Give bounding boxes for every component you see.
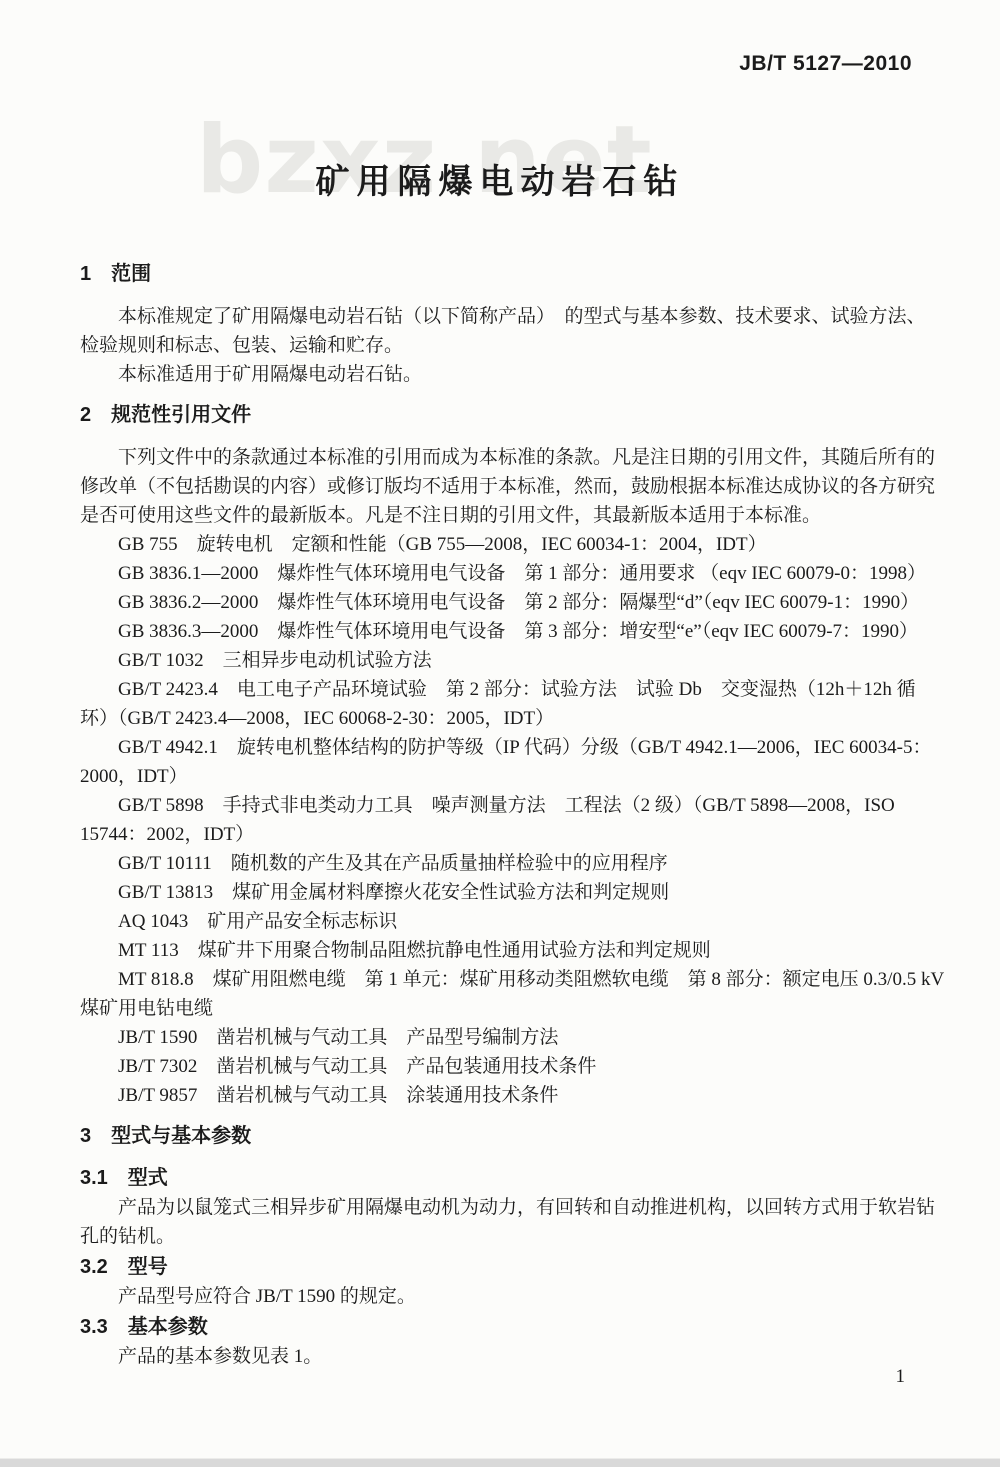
document-body: 1 范围本标准规定了矿用隔爆电动岩石钻（以下简称产品） 的型式与基本参数、技术要… [80, 248, 920, 1371]
reference-line: GB 755 旋转电机 定额和性能（GB 755—2008，IEC 60034-… [80, 530, 920, 559]
document-title: 矿用隔爆电动岩石钻 [0, 154, 1000, 203]
paragraph-line: 孔的钻机。 [80, 1222, 920, 1251]
reference-line: JB/T 7302 凿岩机械与气动工具 产品包装通用技术条件 [80, 1052, 920, 1081]
reference-line: GB 3836.1—2000 爆炸性气体环境用电气设备 第 1 部分：通用要求 … [80, 559, 920, 588]
reference-line: GB/T 10111 随机数的产生及其在产品质量抽样检验中的应用程序 [80, 849, 920, 878]
paragraph-line: 本标准适用于矿用隔爆电动岩石钻。 [80, 360, 920, 389]
subsection-heading: 3.3 基本参数 [80, 1313, 920, 1342]
subsection-heading: 3.1 型式 [80, 1164, 920, 1193]
section-heading: 3 型式与基本参数 [80, 1122, 920, 1151]
reference-line: MT 818.8 煤矿用阻燃电缆 第 1 单元：煤矿用移动类阻燃软电缆 第 8 … [80, 965, 920, 994]
document-page: JB/T 5127—2010 bzxz.net 矿用隔爆电动岩石钻 1 范围本标… [0, 0, 1000, 1467]
reference-line: GB/T 13813 煤矿用金属材料摩擦火花安全性试验方法和判定规则 [80, 878, 920, 907]
paragraph-line: 下列文件中的条款通过本标准的引用而成为本标准的条款。凡是注日期的引用文件，其随后… [80, 443, 920, 472]
paragraph-line: 产品的基本参数见表 1。 [80, 1342, 920, 1371]
paragraph-line: 修改单（不包括勘误的内容）或修订版均不适用于本标准，然而，鼓励根据本标准达成协议… [80, 472, 920, 501]
paragraph-line: 产品型号应符合 JB/T 1590 的规定。 [80, 1282, 920, 1311]
scan-edge-strip [0, 1458, 1000, 1467]
reference-line: JB/T 1590 凿岩机械与气动工具 产品型号编制方法 [80, 1023, 920, 1052]
standard-code: JB/T 5127—2010 [739, 52, 912, 76]
paragraph-line: 环）（GB/T 2423.4—2008，IEC 60068-2-30：2005，… [80, 704, 920, 733]
reference-line: GB 3836.3—2000 爆炸性气体环境用电气设备 第 3 部分：增安型“e… [80, 617, 920, 646]
reference-line: MT 113 煤矿井下用聚合物制品阻燃抗静电性通用试验方法和判定规则 [80, 936, 920, 965]
paragraph-line: 15744：2002，IDT） [80, 820, 920, 849]
reference-line: GB/T 5898 手持式非电类动力工具 噪声测量方法 工程法（2 级）（GB/… [80, 791, 920, 820]
page-number: 1 [896, 1366, 906, 1388]
paragraph-line: 2000，IDT） [80, 762, 920, 791]
section-heading: 2 规范性引用文件 [80, 401, 920, 430]
reference-line: AQ 1043 矿用产品安全标志标识 [80, 907, 920, 936]
paragraph-line: 检验规则和标志、包装、运输和贮存。 [80, 331, 920, 360]
paragraph-line: 本标准规定了矿用隔爆电动岩石钻（以下简称产品） 的型式与基本参数、技术要求、试验… [80, 302, 920, 331]
paragraph-line: 是否可使用这些文件的最新版本。凡是不注日期的引用文件，其最新版本适用于本标准。 [80, 501, 920, 530]
paragraph-line: 产品为以鼠笼式三相异步矿用隔爆电动机为动力，有回转和自动推进机构，以回转方式用于… [80, 1193, 920, 1222]
paragraph-line: 煤矿用电钻电缆 [80, 994, 920, 1023]
section-heading: 1 范围 [80, 260, 920, 289]
reference-line: JB/T 9857 凿岩机械与气动工具 涂装通用技术条件 [80, 1081, 920, 1110]
reference-line: GB/T 2423.4 电工电子产品环境试验 第 2 部分：试验方法 试验 Db… [80, 675, 920, 704]
subsection-heading: 3.2 型号 [80, 1253, 920, 1282]
reference-line: GB 3836.2—2000 爆炸性气体环境用电气设备 第 2 部分：隔爆型“d… [80, 588, 920, 617]
reference-line: GB/T 1032 三相异步电动机试验方法 [80, 646, 920, 675]
reference-line: GB/T 4942.1 旋转电机整体结构的防护等级（IP 代码）分级（GB/T … [80, 733, 920, 762]
